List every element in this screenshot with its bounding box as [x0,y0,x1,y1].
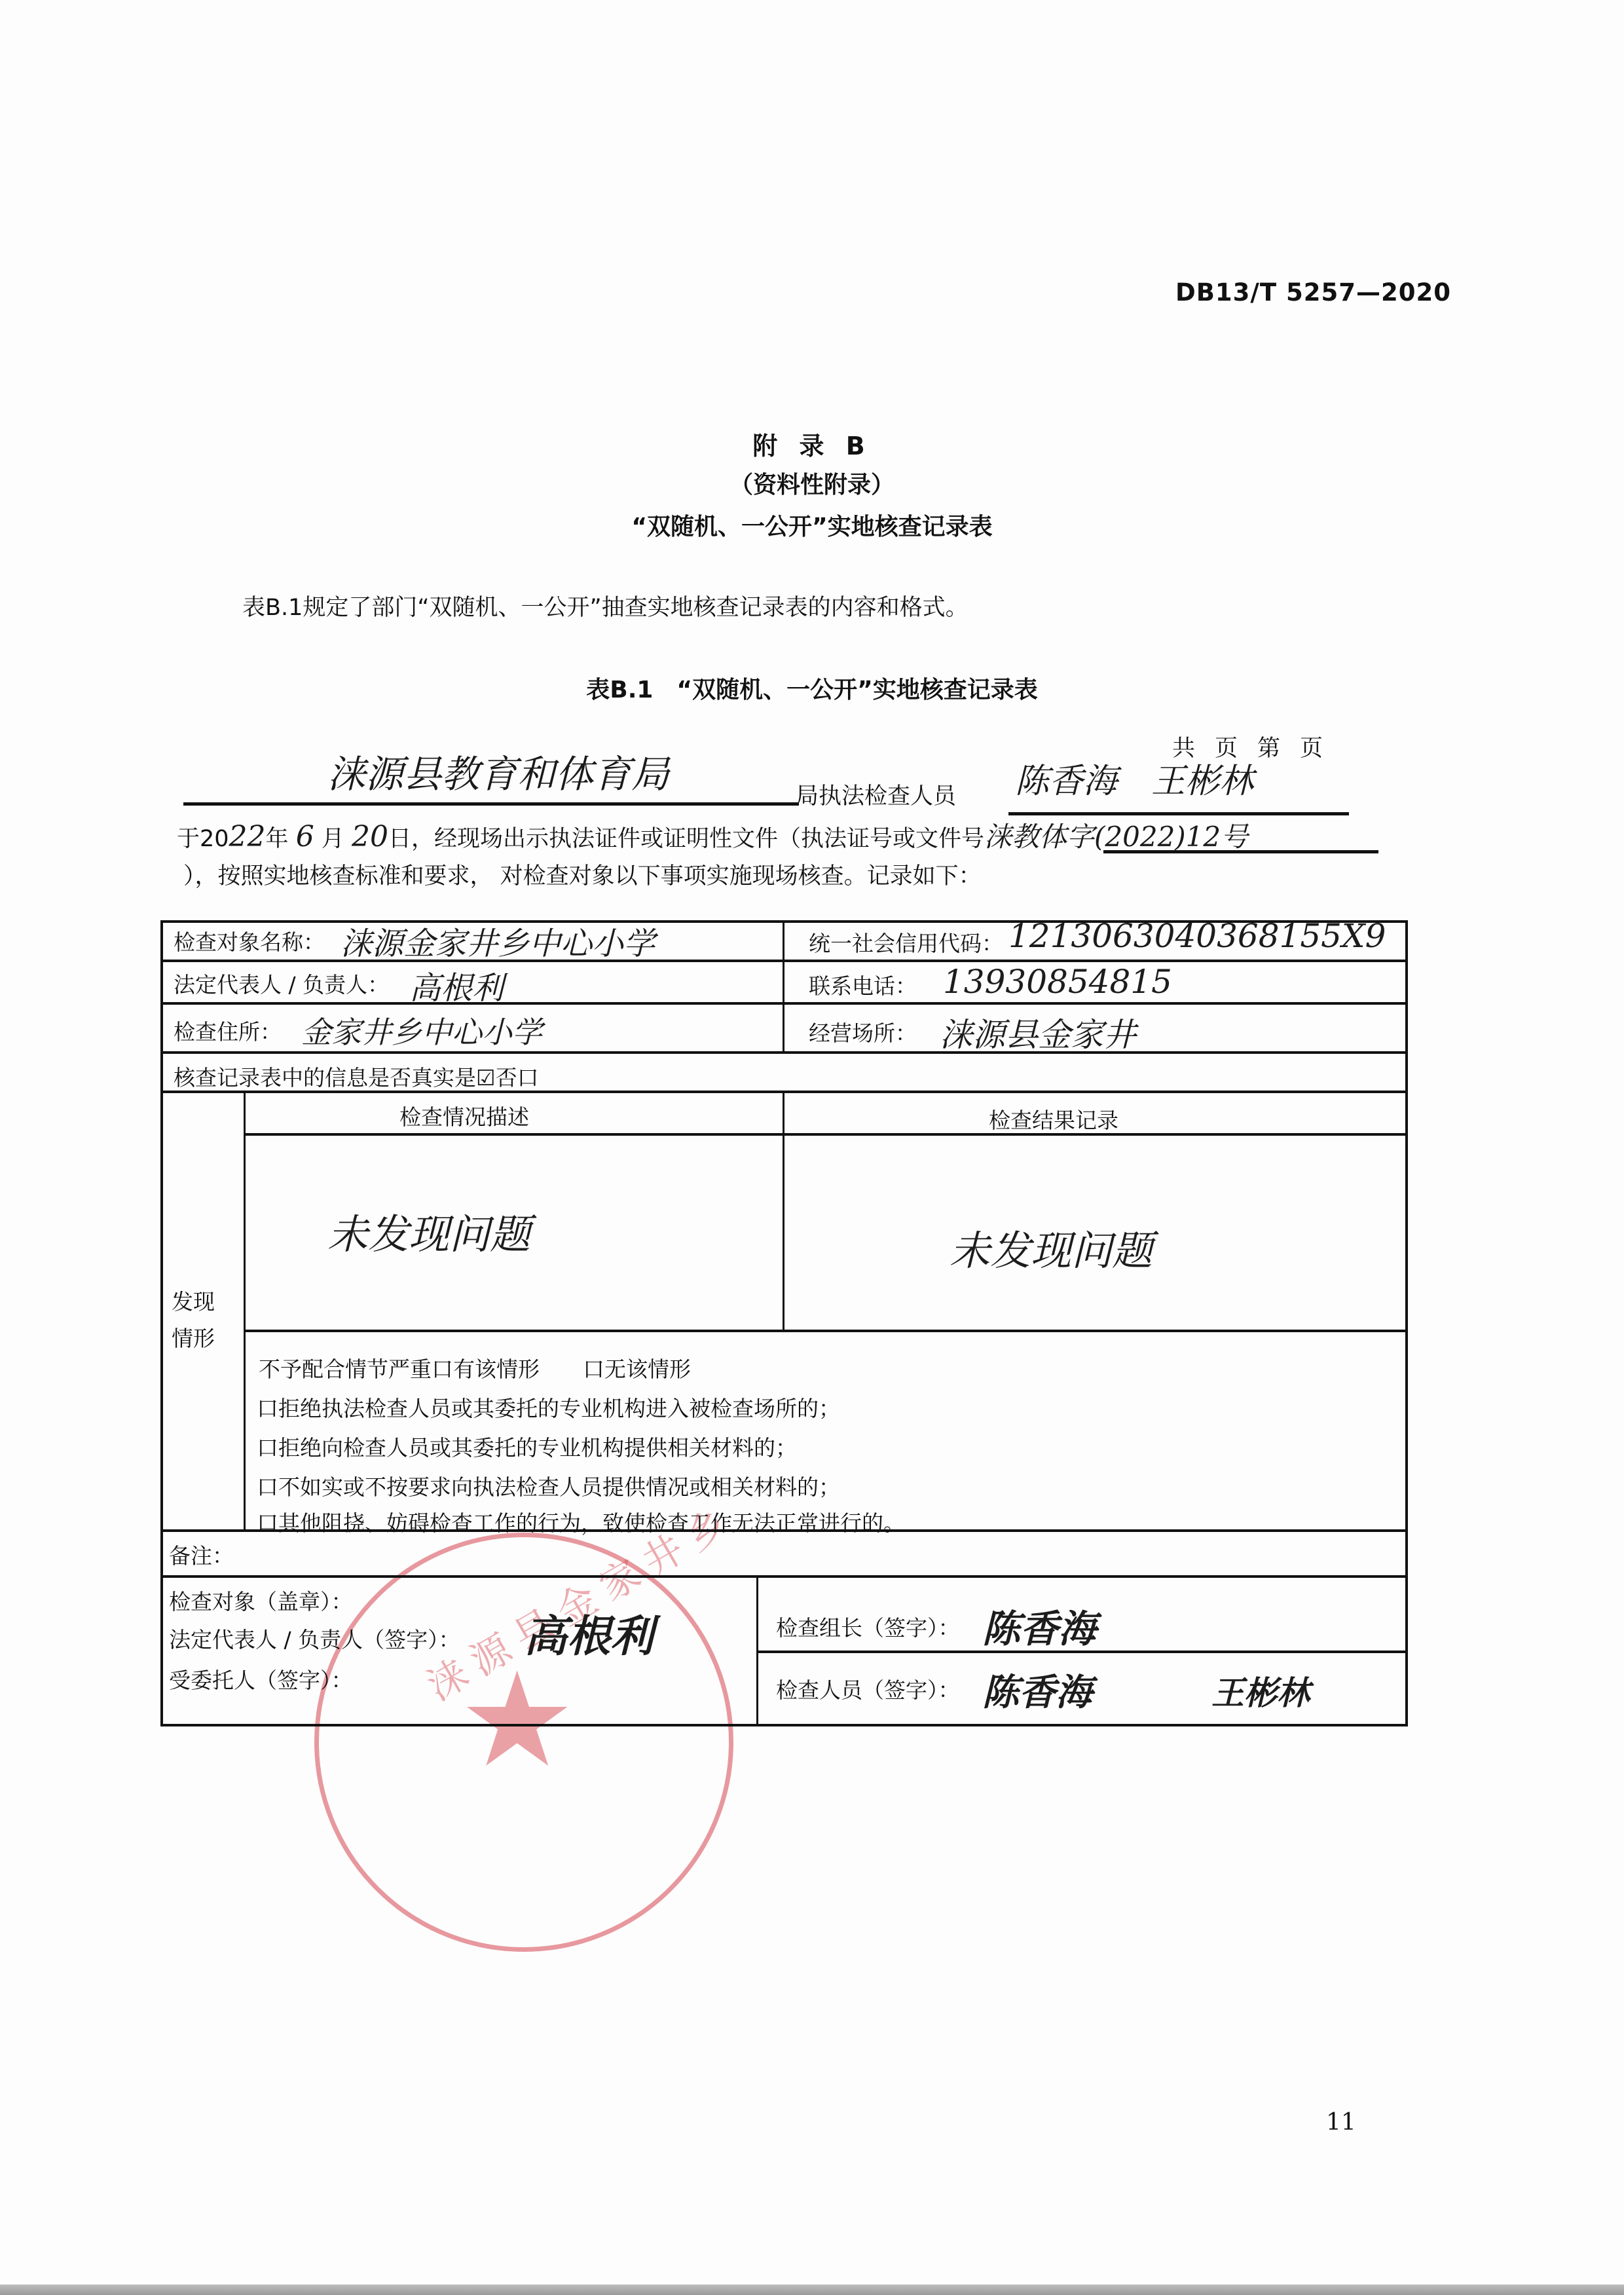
phone-label: 联系电话： [809,969,917,1000]
scanner-edge [0,2285,1624,2295]
standard-code: DB13/T 5257—2020 [1175,278,1451,307]
appendix-nature: （资料性附录） [0,466,1624,500]
month-suffix: 月 [322,826,344,852]
year-value: 22 [229,820,266,853]
record-intro-line: ），按照实地核查标准和要求， 对检查对象以下事项实施现场核查。记录如下： [183,858,982,891]
phone-value: 13930854815 [943,963,1172,1001]
business-place-label: 经营场所： [809,1017,917,1047]
description-value: 未发现问题 [327,1202,530,1260]
authenticity-no-checkbox[interactable]: 口 [517,1065,539,1091]
credit-code-value: 1213063040368155X9 [1008,917,1386,955]
object-name-value: 涞源金家井乡中心小学 [341,918,655,963]
inspector-signature-2: 王彬林 [1211,1667,1310,1714]
inspector-label: 局执法检查人员 [796,778,956,811]
date-line: 于2022年 6 月 20日，经现场出示执法证件或证明性文件（执法证号或文件号涞… [177,815,1248,855]
credit-code-label: 统一社会信用代码： [809,927,1003,958]
legal-rep-value: 高根利 [409,963,504,1008]
appendix-title: “双随机、一公开”实地核查记录表 [0,508,1624,542]
inspectors-sign-label: 检查人员（签字）： [776,1673,960,1704]
found-label-line1: 发现 [172,1284,215,1320]
found-label-line2: 情形 [172,1320,215,1357]
authenticity-question: 核查记录表中的信息是否真实是☑否口 [174,1061,539,1092]
date-prefix: 于20 [177,826,229,852]
day-suffix: 日，经现场出示执法证件或证明性文件（执法证号或文件号 [388,826,984,852]
department-underline [183,802,799,806]
authenticity-no-label: 否 [496,1065,517,1091]
description-header: 检查情况描述 [399,1100,529,1131]
result-header: 检查结果记录 [989,1104,1118,1134]
department-name: 涞源县教育和体育局 [327,743,669,798]
noncooperation-line: 不予配合情节严重口有该情形 口无该情形 [259,1353,691,1383]
day-value: 20 [352,820,388,853]
legal-rep-label: 法定代表人 / 负责人： [174,968,389,999]
table-caption: 表B.1 “双随机、一公开”实地核查记录表 [0,671,1624,705]
document-number: 涞教体字(2022)12号 [984,821,1248,853]
object-name-label: 检查对象名称： [174,925,325,956]
business-place-value: 涞源县金家井 [940,1009,1136,1056]
month-value: 6 [296,820,314,853]
leader-signature: 陈香海 [982,1598,1096,1653]
authenticity-yes-checkbox[interactable]: ☑ [476,1065,496,1091]
page-number: 11 [1326,2109,1356,2136]
remarks-label: 备注： [169,1539,234,1570]
entrusted-label: 受委托人（签字）： [169,1664,353,1694]
inspector-signature-1: 陈香海 [982,1664,1092,1716]
legal-sign-label: 法定代表人 / 负责人（签字）： [169,1623,460,1654]
inspectors-names: 陈香海 王彬林 [1015,753,1253,802]
leader-label: 检查组长（签字）： [776,1611,960,1642]
address-label: 检查住所： [174,1015,282,1046]
doc-number-underline [1103,850,1378,853]
address-value: 金家井乡中心小学 [301,1009,542,1052]
appendix-label: 附 录 B [0,426,1624,462]
authenticity-label: 核查记录表中的信息是否真实是 [174,1065,476,1091]
checklist-item[interactable]: 口其他阻挠、妨碍检查工作的行为，致使检查工作无法正常进行的。 [257,1506,905,1537]
checklist-item[interactable]: 口拒绝执法检查人员或其委托的专业机构进入被检查场所的； [257,1392,840,1423]
legal-sign-value: 高根利 [524,1601,654,1664]
seal-label: 检查对象（盖章）： [169,1585,353,1616]
checklist-item[interactable]: 口拒绝向检查人员或其委托的专业机构提供相关材料的； [257,1431,797,1462]
result-value: 未发现问题 [950,1218,1153,1277]
found-situation-label: 发现 情形 [172,1284,215,1357]
year-suffix: 年 [266,826,289,852]
checklist-item[interactable]: 口不如实或不按要求向执法检查人员提供情况或相关材料的； [257,1470,840,1501]
intro-paragraph: 表B.1规定了部门“双随机、一公开”抽查实地核查记录表的内容和格式。 [242,589,969,622]
